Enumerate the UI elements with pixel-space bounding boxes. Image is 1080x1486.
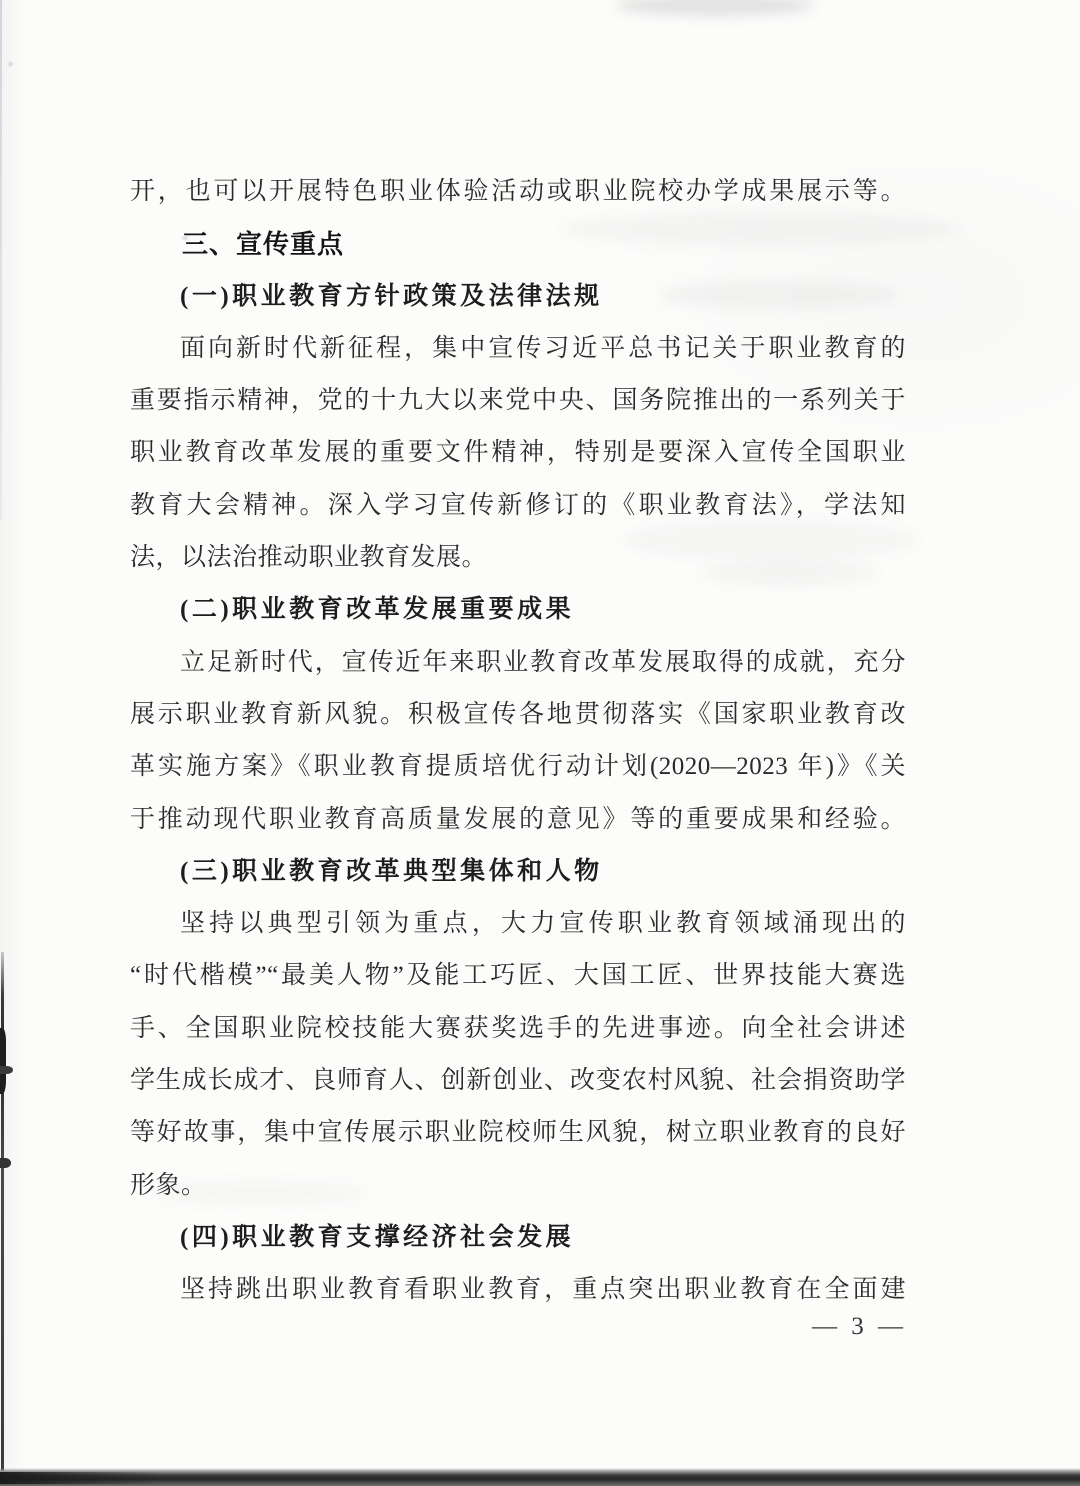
- section-heading: 三、宣传重点: [130, 218, 906, 270]
- text-line: 职业教育改革发展的重要文件精神，特别是要深入宣传全国职业: [130, 427, 906, 479]
- text-line: 立足新时代，宣传近年来职业教育改革发展取得的成就，充分: [130, 637, 906, 689]
- text-line: 学生成长成才、良师育人、创新创业、改变农村风貌、社会捐资助学: [130, 1055, 906, 1107]
- text-line: 教育大会精神。深入学习宣传新修订的《职业教育法》，学法知: [130, 480, 906, 532]
- text-line: 革实施方案》《职业教育提质培优行动计划(2020—2023 年)》《关: [130, 741, 906, 793]
- text-line: 坚持以典型引领为重点，大力宣传职业教育领域涌现出的: [130, 898, 906, 950]
- subsection-heading: (二)职业教育改革发展重要成果: [130, 584, 906, 636]
- scan-left-edge-tint: [0, 0, 2, 520]
- scan-smudge: [615, 0, 815, 16]
- scan-ink-tick: [0, 1158, 11, 1168]
- subsection-heading: (四)职业教育支撑经济社会发展: [130, 1212, 906, 1264]
- text-line: 坚持跳出职业教育看职业教育，重点突出职业教育在全面建: [130, 1264, 906, 1316]
- document-page: 开，也可以开展特色职业体验活动或职业院校办学成果展示等。三、宣传重点(一)职业教…: [0, 0, 1080, 1486]
- text-line: “时代楷模”“最美人物”及能工巧匠、大国工匠、世界技能大赛选: [130, 950, 906, 1002]
- text-line: 于推动现代职业教育高质量发展的意见》等的重要成果和经验。: [130, 794, 906, 846]
- text-line: 展示职业教育新风貌。积极宣传各地贯彻落实《国家职业教育改: [130, 689, 906, 741]
- text-line: 等好故事，集中宣传展示职业院校师生风貌，树立职业教育的良好: [130, 1107, 906, 1159]
- subsection-heading: (一)职业教育方针政策及法律法规: [130, 271, 906, 323]
- text-line: 重要指示精神，党的十九大以来党中央、国务院推出的一系列关于: [130, 375, 906, 427]
- scan-ink-blob: [0, 1028, 6, 1094]
- scan-ink-tick: [0, 1066, 13, 1074]
- text-line: 形象。: [130, 1160, 906, 1212]
- text-line: 面向新时代新征程，集中宣传习近平总书记关于职业教育的: [130, 323, 906, 375]
- scan-bottom-edge-band: [0, 1468, 1080, 1486]
- text-line: 法，以法治推动职业教育发展。: [130, 532, 906, 584]
- scan-speck: [8, 62, 13, 66]
- scan-bottom-edge-shadow: [0, 1472, 160, 1484]
- subsection-heading: (三)职业教育改革典型集体和人物: [130, 846, 906, 898]
- text-line: 开，也可以开展特色职业体验活动或职业院校办学成果展示等。: [130, 166, 906, 218]
- text-line: 手、全国职业院校技能大赛获奖选手的先进事迹。向全社会讲述: [130, 1003, 906, 1055]
- page-number: — 3 —: [812, 1313, 912, 1341]
- page-text: 开，也可以开展特色职业体验活动或职业院校办学成果展示等。三、宣传重点(一)职业教…: [130, 166, 906, 1317]
